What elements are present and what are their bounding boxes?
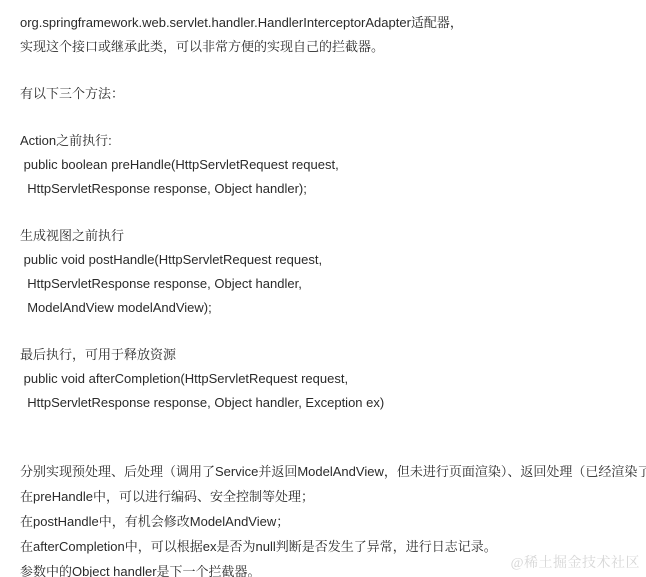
text-line: 分别实现预处理、后处理（调用了Service并返回ModelAndView，但未… [20,459,640,484]
code-line: HttpServletResponse response, Object han… [20,177,640,201]
text-line: Action之前执行: [20,129,640,153]
code-line: public void postHandle(HttpServletReques… [20,248,640,272]
paragraph-prehandle: Action之前执行: public boolean preHandle(Htt… [20,129,640,201]
code-line: HttpServletResponse response, Object han… [20,391,640,415]
text-line: org.springframework.web.servlet.handler.… [20,11,640,35]
paragraph-methods-heading: 有以下三个方法： [20,82,640,106]
paragraph-aftercompletion: 最后执行，可用于释放资源 public void afterCompletion… [20,343,640,415]
code-line: public boolean preHandle(HttpServletRequ… [20,153,640,177]
text-line: 在preHandle中，可以进行编码、安全控制等处理； [20,484,640,509]
code-line: ModelAndView modelAndView); [20,296,640,320]
text-line: 实现这个接口或继承此类，可以非常方便的实现自己的拦截器。 [20,35,640,59]
code-line: HttpServletResponse response, Object han… [20,272,640,296]
juejin-watermark: @稀土掘金技术社区 [511,552,640,572]
text-line: 有以下三个方法： [20,82,640,106]
document-body: org.springframework.web.servlet.handler.… [0,0,646,577]
text-line: 最后执行，可用于释放资源 [20,343,640,367]
text-line: 在postHandle中，有机会修改ModelAndView； [20,509,640,534]
text-line: 生成视图之前执行 [20,224,640,248]
paragraph-posthandle: 生成视图之前执行 public void postHandle(HttpServ… [20,224,640,320]
code-line: public void afterCompletion(HttpServletR… [20,367,640,391]
paragraph-intro: org.springframework.web.servlet.handler.… [20,11,640,59]
